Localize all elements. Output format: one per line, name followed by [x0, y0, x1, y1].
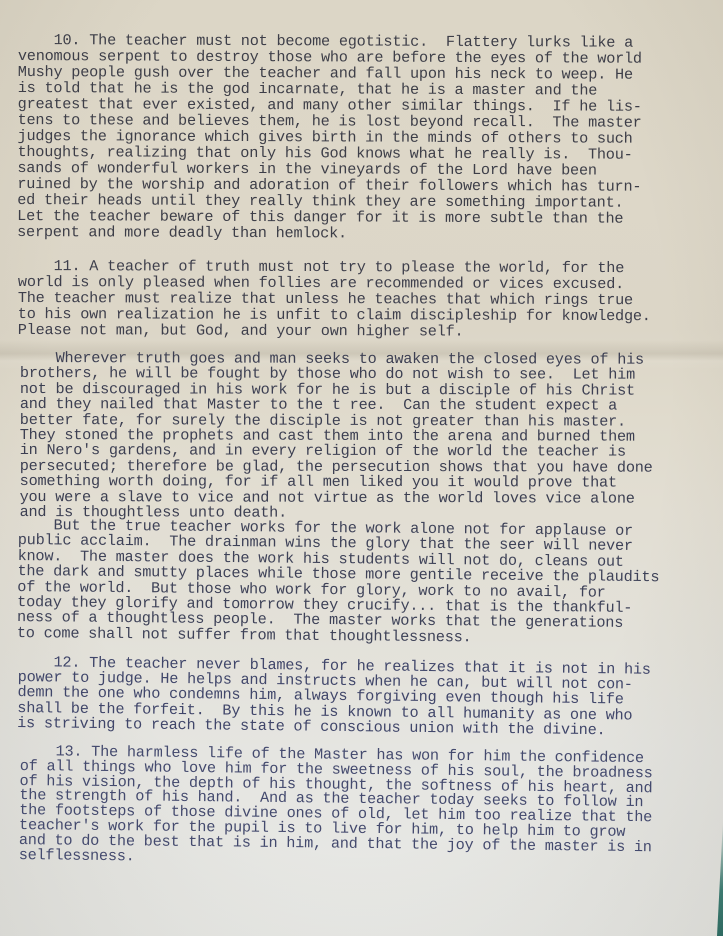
- paragraph-11: 11. A teacher of truth must not try to p…: [18, 258, 678, 340]
- paragraph-persecution: Wherever truth goes and man seeks to awa…: [20, 351, 680, 522]
- paragraph-10: 10. The teacher must not become egotisti…: [17, 32, 678, 243]
- paragraph-13: 13. The harmless life of the Master has …: [19, 744, 680, 870]
- typewritten-page: 10. The teacher must not become egotisti…: [0, 0, 723, 936]
- paragraph-12: 12. The teacher never blames, for he rea…: [17, 655, 678, 739]
- paragraph-true-teacher: But the true teacher works for the work …: [17, 518, 678, 648]
